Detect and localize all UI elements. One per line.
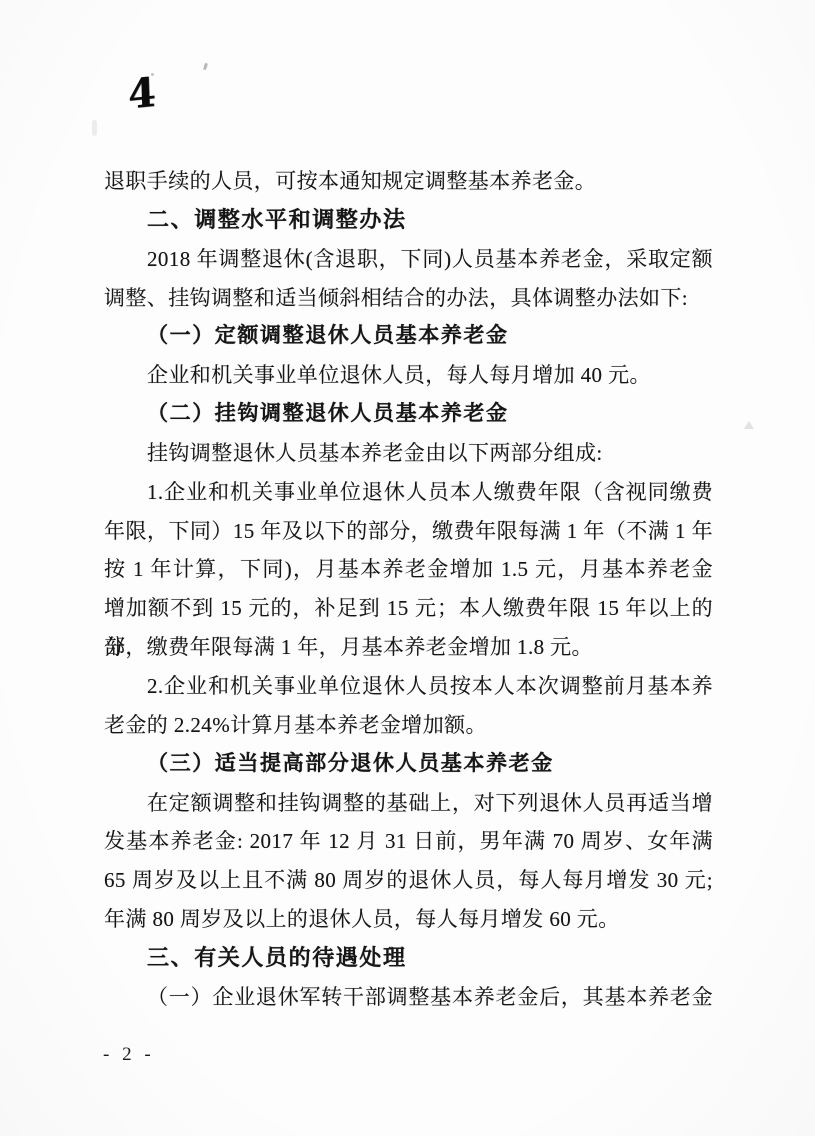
body-line: 老金的 2.24%计算月基本养老金增加额。	[104, 706, 713, 745]
body-line: 年满 80 周岁及以上的退休人员，每人每月增发 60 元。	[104, 900, 713, 939]
scan-speck	[92, 120, 97, 136]
body-line: 年限，下同）15 年及以下的部分，缴费年限每满 1 年（不满 1 年	[104, 512, 713, 551]
document-body: 退职手续的人员，可按本通知规定调整基本养老金。 二、调整水平和调整办法 2018…	[104, 162, 713, 1017]
scan-speck	[203, 63, 208, 71]
body-line: 分，缴费年限每满 1 年，月基本养老金增加 1.8 元。	[104, 628, 713, 667]
subsection-heading: （三）适当提高部分退休人员基本养老金	[104, 745, 713, 784]
scan-speck	[744, 421, 754, 429]
body-line: 2.企业和机关事业单位退休人员按本人本次调整前月基本养	[104, 667, 713, 706]
subsection-heading: （二）挂钩调整退休人员基本养老金	[104, 395, 713, 434]
body-line: 调整、挂钩调整和适当倾斜相结合的办法，具体调整办法如下:	[104, 279, 713, 318]
body-line: 在定额调整和挂钩调整的基础上，对下列退休人员再适当增	[104, 784, 713, 823]
body-line: 企业和机关事业单位退休人员，每人每月增加 40 元。	[104, 356, 713, 395]
body-line: （一）企业退休军转干部调整基本养老金后，其基本养老金	[104, 978, 713, 1017]
body-line: 增加额不到 15 元的，补足到 15 元；本人缴费年限 15 年以上的部	[104, 589, 713, 628]
page-number: - 2 -	[103, 1044, 155, 1066]
scanned-document-page: 4 退职手续的人员，可按本通知规定调整基本养老金。 二、调整水平和调整办法 20…	[0, 0, 815, 1136]
section-heading: 三、有关人员的待遇处理	[104, 939, 713, 978]
section-heading: 二、调整水平和调整办法	[104, 201, 713, 240]
subsection-heading: （一）定额调整退休人员基本养老金	[104, 317, 713, 356]
body-line: 2018 年调整退休(含退职，下同)人员基本养老金，采取定额	[104, 240, 713, 279]
body-line: 按 1 年计算，下同)，月基本养老金增加 1.5 元，月基本养老金	[104, 550, 713, 589]
handwritten-pen-mark: 4	[127, 73, 156, 116]
body-line: 挂钩调整退休人员基本养老金由以下两部分组成:	[104, 434, 713, 473]
body-line: 1.企业和机关事业单位退休人员本人缴费年限（含视同缴费	[104, 473, 713, 512]
body-line: 退职手续的人员，可按本通知规定调整基本养老金。	[104, 162, 713, 201]
body-line: 65 周岁及以上且不满 80 周岁的退休人员，每人每月增发 30 元;	[104, 861, 713, 900]
body-line: 发基本养老金: 2017 年 12 月 31 日前，男年满 70 周岁、女年满	[104, 822, 713, 861]
